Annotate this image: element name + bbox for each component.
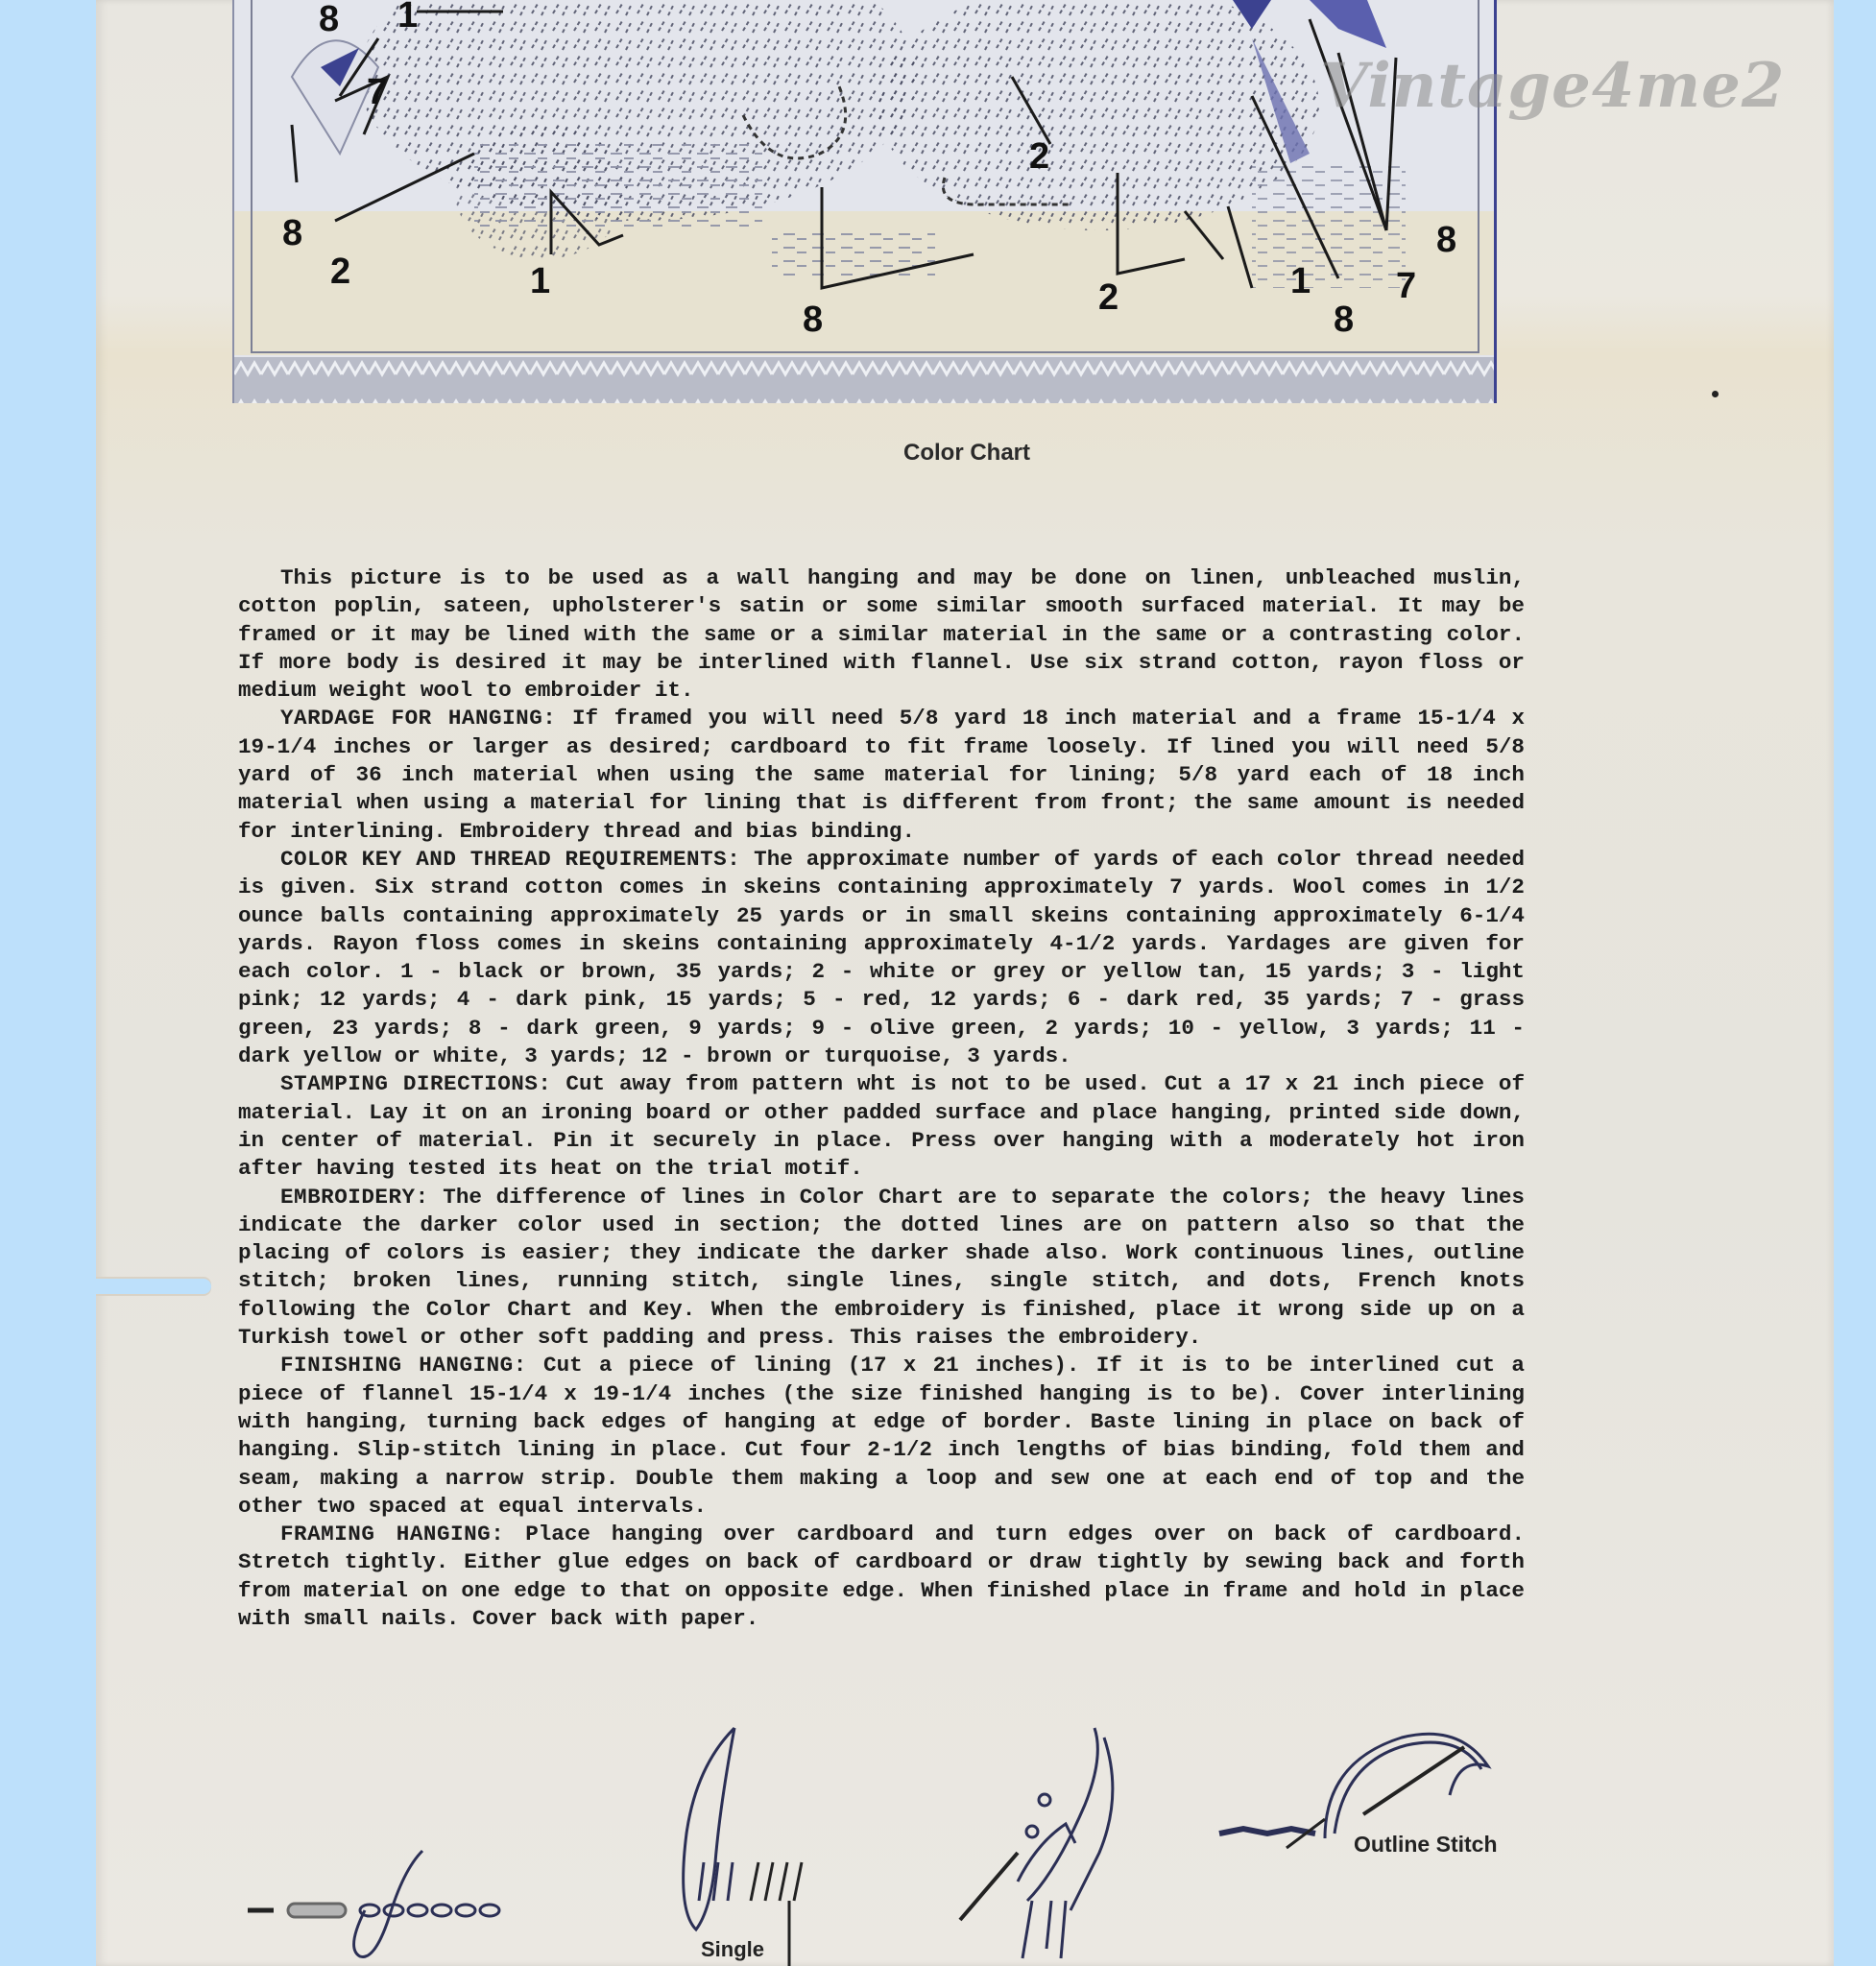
stamping-heading: STAMPING DIRECTIONS: xyxy=(280,1071,552,1096)
svg-text:2: 2 xyxy=(1029,136,1049,177)
svg-text:8: 8 xyxy=(1436,220,1456,260)
embroidery-paragraph: EMBROIDERY: The difference of lines in C… xyxy=(238,1184,1525,1353)
embroidery-pattern-drawing: 8 1 7 8 2 1 2 8 2 1 8 7 8 xyxy=(234,0,1494,403)
svg-text:8: 8 xyxy=(1334,300,1354,340)
single-stitch-icon xyxy=(684,1728,802,1966)
french-knot-icon xyxy=(960,1728,1113,1958)
svg-text:2: 2 xyxy=(330,252,350,292)
svg-text:2: 2 xyxy=(1098,277,1118,318)
svg-text:8: 8 xyxy=(319,0,339,39)
watermark: Vintage4me2 xyxy=(1320,50,1785,122)
color-key-heading: COLOR KEY AND THREAD REQUIREMENTS: xyxy=(280,847,740,872)
stitch-diagrams xyxy=(0,1709,1876,1966)
svg-text:1: 1 xyxy=(397,0,418,36)
paper-speck xyxy=(1712,391,1719,397)
color-chart-caption: Color Chart xyxy=(96,440,1838,467)
framing-heading: FRAMING HANGING: xyxy=(280,1522,504,1546)
yardage-paragraph: YARDAGE FOR HANGING: If framed you will … xyxy=(238,705,1525,845)
single-stitch-label: Single xyxy=(701,1937,764,1962)
outline-stitch-label: Outline Stitch xyxy=(1354,1832,1498,1858)
svg-text:7: 7 xyxy=(367,72,387,112)
svg-text:1: 1 xyxy=(530,261,550,301)
embroidery-heading: EMBROIDERY: xyxy=(280,1185,429,1210)
svg-text:8: 8 xyxy=(282,213,302,253)
stamping-paragraph: STAMPING DIRECTIONS: Cut away from patte… xyxy=(238,1070,1525,1183)
paper-tear xyxy=(96,1279,211,1294)
running-stitch-icon xyxy=(248,1851,499,1957)
svg-text:8: 8 xyxy=(803,300,823,340)
yardage-heading: YARDAGE FOR HANGING: xyxy=(280,706,556,731)
svg-text:7: 7 xyxy=(1396,266,1416,306)
color-chart-illustration: 8 1 7 8 2 1 2 8 2 1 8 7 8 xyxy=(232,0,1497,403)
svg-text:1: 1 xyxy=(1290,261,1311,301)
framing-paragraph: FRAMING HANGING: Place hanging over card… xyxy=(238,1521,1525,1633)
intro-paragraph: This picture is to be used as a wall han… xyxy=(238,564,1525,705)
finishing-heading: FINISHING HANGING: xyxy=(280,1353,527,1378)
instructions-text: This picture is to be used as a wall han… xyxy=(238,564,1525,1633)
color-key-paragraph: COLOR KEY AND THREAD REQUIREMENTS: The a… xyxy=(238,846,1525,1070)
finishing-paragraph: FINISHING HANGING: Cut a piece of lining… xyxy=(238,1352,1525,1521)
